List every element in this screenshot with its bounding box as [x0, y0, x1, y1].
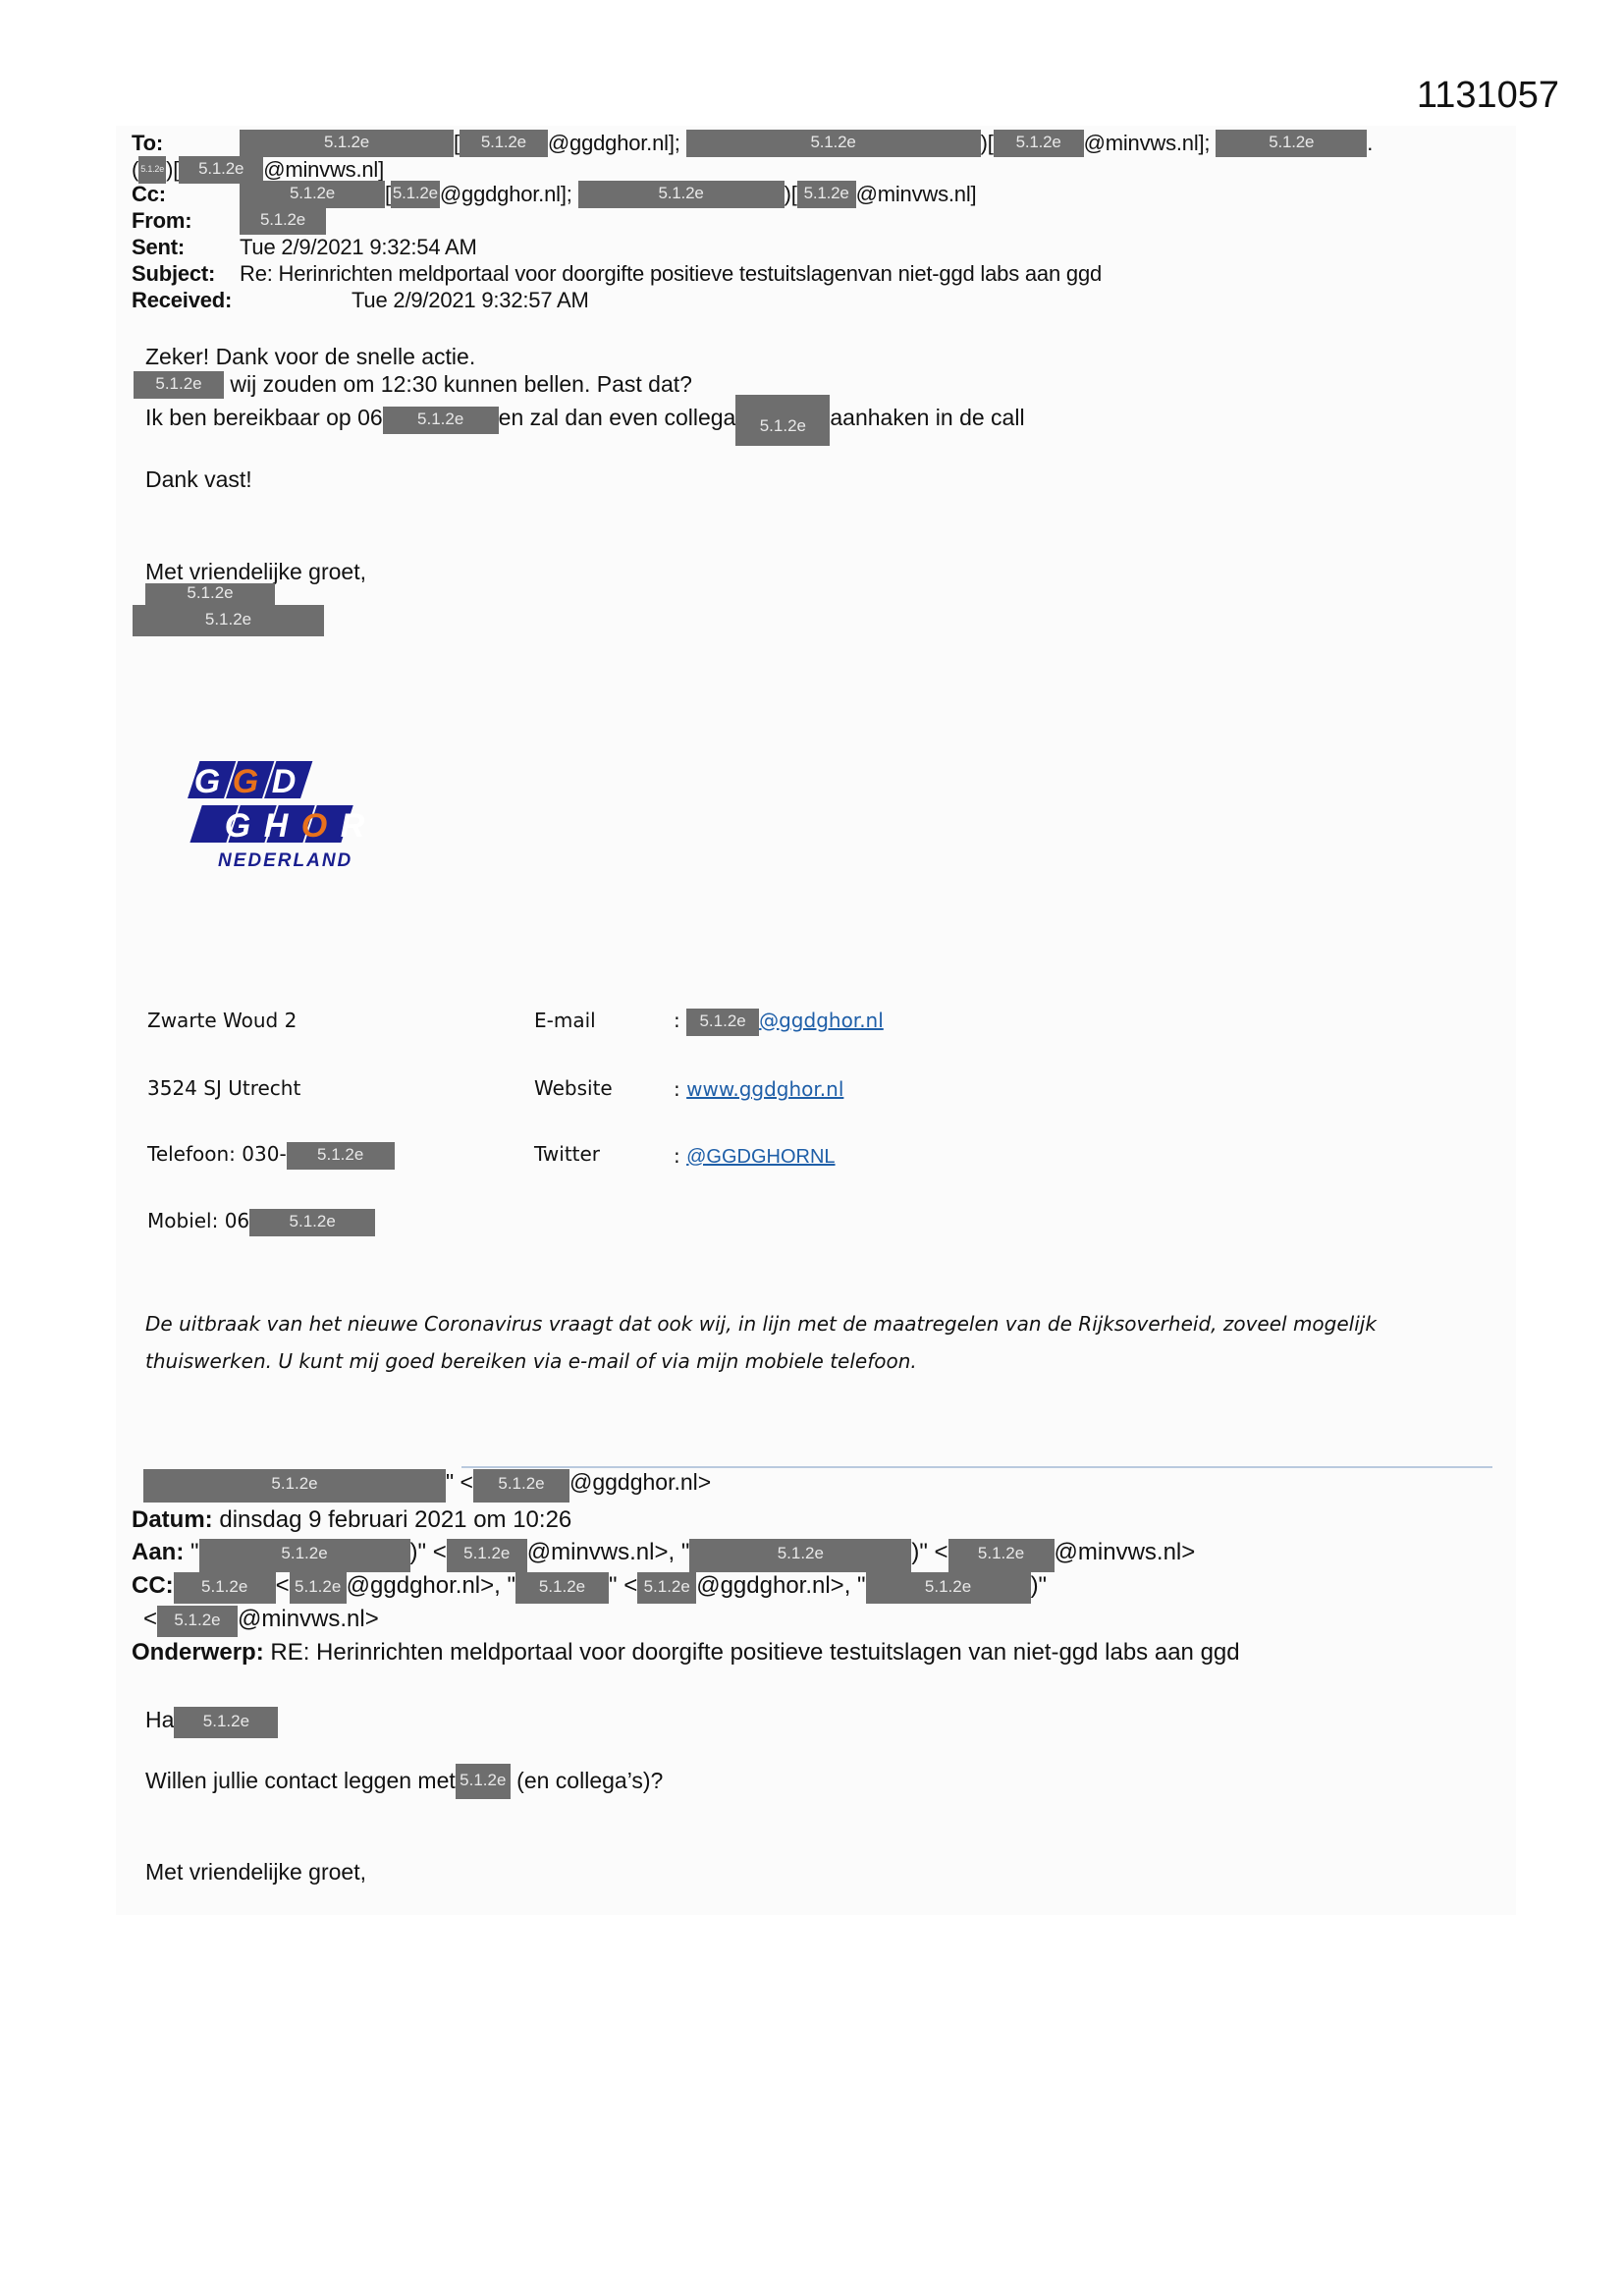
- redaction: 5.1.2e: [460, 130, 548, 157]
- fw-text: Ha: [145, 1707, 174, 1732]
- fw-aan-line: Aan: "5.1.2e)" <5.1.2e@minvws.nl>, "5.1.…: [132, 1539, 1195, 1572]
- svg-text:NEDERLAND: NEDERLAND: [218, 850, 352, 871]
- phone-line: Telefoon: 030-5.1.2e: [147, 1142, 395, 1170]
- address-street: Zwarte Woud 2: [147, 1009, 297, 1032]
- redaction: 5.1.2e: [948, 1539, 1055, 1572]
- svg-text:O: O: [301, 807, 327, 845]
- svg-text:G: G: [225, 807, 250, 845]
- subject-value: Re: Herinrichten meldportaal voor doorgi…: [240, 261, 1102, 286]
- cc-text: @ggdghor.nl];: [440, 182, 572, 206]
- fw-text: @ggdghor.nl>, ": [347, 1572, 515, 1599]
- to-text: @ggdghor.nl];: [548, 131, 680, 155]
- subject-label: Subject:: [132, 260, 240, 287]
- reply-text: aanhaken in de call: [830, 405, 1024, 430]
- redaction: 5.1.2e: [157, 1606, 238, 1637]
- svg-text:D: D: [272, 763, 297, 800]
- colon: :: [674, 1009, 680, 1032]
- website-label: Website: [534, 1076, 613, 1100]
- redaction: 5.1.2e: [735, 395, 830, 446]
- website-link[interactable]: www.ggdghor.nl: [686, 1077, 843, 1101]
- cc-line: Cc:5.1.2e[5.1.2e@ggdghor.nl]; 5.1.2e)[5.…: [132, 181, 976, 208]
- redaction: 5.1.2e: [240, 207, 326, 235]
- to-line: To:5.1.2e[5.1.2e@ggdghor.nl]; 5.1.2e)[5.…: [132, 130, 1373, 157]
- reply-text: wij zouden om 12:30 kunnen bellen. Past …: [230, 371, 692, 397]
- colon: :: [674, 1077, 680, 1101]
- email-link[interactable]: @ggdghor.nl: [759, 1009, 884, 1032]
- separator-line: [461, 1466, 1492, 1468]
- sender-name-redacted: 5.1.2e: [145, 583, 275, 605]
- fw-text: ": [190, 1539, 199, 1565]
- reply-text: en zal dan even collega: [499, 405, 736, 430]
- fw-text: )" <: [911, 1539, 947, 1565]
- fw-subject-line: Onderwerp: RE: Herinrichten meldportaal …: [132, 1639, 1240, 1667]
- reply-text: Ik ben bereikbaar op 06: [145, 405, 383, 430]
- datum-value: dinsdag 9 februari 2021 om 10:26: [219, 1506, 571, 1533]
- ggd-ghor-logo-graphic: G G D G H O R NEDERLAND: [167, 756, 383, 884]
- fw-text: @minvws.nl>: [238, 1606, 379, 1632]
- redaction: 5.1.2e: [249, 1209, 375, 1236]
- fw-greeting: Ha5.1.2e: [145, 1707, 278, 1738]
- redaction: 5.1.2e: [797, 181, 856, 208]
- reply-line-2: 5.1.2e wij zouden om 12:30 kunnen bellen…: [134, 371, 692, 399]
- fw-text: @minvws.nl>: [1055, 1539, 1196, 1565]
- colon: :: [674, 1144, 680, 1168]
- svg-text:G: G: [233, 763, 258, 800]
- website-value: : www.ggdghor.nl: [674, 1077, 843, 1101]
- sent-line: Sent:Tue 2/9/2021 9:32:54 AM: [132, 234, 477, 260]
- received-value: Tue 2/9/2021 9:32:57 AM: [352, 288, 589, 312]
- redaction: 5.1.2e: [391, 181, 440, 208]
- fw-closing: Met vriendelijke groet,: [145, 1859, 366, 1886]
- to-text: (: [132, 157, 138, 182]
- redaction: 5.1.2e: [143, 1469, 446, 1503]
- sent-label: Sent:: [132, 234, 240, 260]
- email-value: : 5.1.2e@ggdghor.nl: [674, 1009, 884, 1036]
- redaction: 5.1.2e: [994, 130, 1084, 157]
- svg-text:H: H: [264, 807, 290, 845]
- fw-cc-line-cont: <5.1.2e@minvws.nl>: [143, 1606, 379, 1637]
- address-city: 3524 SJ Utrecht: [147, 1076, 300, 1100]
- redaction: 5.1.2e: [447, 1539, 527, 1572]
- reply-line-3: Ik ben bereikbaar op 065.1.2een zal dan …: [145, 405, 1025, 446]
- notice-line-1: De uitbraak van het nieuwe Coronavirus v…: [145, 1312, 1377, 1336]
- to-text: @minvws.nl];: [1084, 131, 1211, 155]
- datum-label: Datum:: [132, 1506, 213, 1533]
- redaction: 5.1.2e: [174, 1572, 276, 1604]
- redaction: 5.1.2e: [686, 1009, 759, 1036]
- redaction: 5.1.2e: [578, 181, 785, 208]
- redaction: 5.1.2e: [515, 1572, 609, 1604]
- fw-cc-line: CC:5.1.2e<5.1.2e@ggdghor.nl>, "5.1.2e" <…: [132, 1572, 1047, 1604]
- reply-line-1: Zeker! Dank voor de snelle actie.: [145, 344, 475, 370]
- redaction: 5.1.2e: [133, 605, 324, 636]
- fw-datum-line: Datum: dinsdag 9 februari 2021 om 10:26: [132, 1506, 571, 1534]
- from-label: From:: [132, 207, 240, 234]
- twitter-label: Twitter: [534, 1142, 600, 1166]
- redaction: 5.1.2e: [290, 1572, 347, 1604]
- fw-from-line: 5.1.2e" <5.1.2e@ggdghor.nl>: [143, 1469, 711, 1503]
- redaction: 5.1.2e: [287, 1142, 395, 1170]
- redaction: 5.1.2e: [456, 1764, 511, 1799]
- svg-text:R: R: [341, 807, 365, 845]
- cc-label: Cc:: [132, 181, 240, 207]
- to-text: @minvws.nl]: [263, 157, 384, 182]
- fw-text: " <: [609, 1572, 637, 1599]
- cc-text: @minvws.nl]: [856, 182, 977, 206]
- fw-text: )": [1031, 1572, 1048, 1599]
- mobile-label: Mobiel: 06: [147, 1209, 249, 1232]
- onderwerp-value: RE: Herinrichten meldportaal voor doorgi…: [270, 1639, 1239, 1666]
- fw-text: @ggdghor.nl>, ": [696, 1572, 865, 1599]
- redaction: 5.1.2e: [866, 1572, 1031, 1604]
- document-number: 1131057: [1417, 75, 1559, 117]
- fw-text: <: [276, 1572, 290, 1599]
- notice-line-2: thuiswerken. U kunt mij goed bereiken vi…: [145, 1349, 917, 1373]
- redaction: 5.1.2e: [637, 1572, 696, 1604]
- fw-text: )" <: [410, 1539, 447, 1565]
- redaction: 5.1.2e: [686, 130, 981, 157]
- fw-text: @ggdghor.nl>: [569, 1469, 711, 1495]
- reply-closing: Met vriendelijke groet,: [145, 559, 366, 585]
- redaction: 5.1.2e: [473, 1469, 569, 1503]
- sent-value: Tue 2/9/2021 9:32:54 AM: [240, 235, 477, 259]
- redaction: 5.1.2e: [383, 407, 499, 434]
- subject-line: Subject:Re: Herinrichten meldportaal voo…: [132, 260, 1102, 287]
- svg-text:G: G: [194, 763, 220, 800]
- received-label: Received:: [132, 287, 352, 313]
- fw-text: <: [143, 1606, 157, 1632]
- fw-text: " <: [446, 1469, 473, 1495]
- fw-text: Willen jullie contact leggen met: [145, 1768, 456, 1793]
- twitter-link[interactable]: @GGDGHORNL: [686, 1146, 835, 1168]
- redaction: 5.1.2e: [145, 583, 275, 605]
- phone-label: Telefoon: 030-: [147, 1142, 287, 1166]
- fw-text: @minvws.nl>, ": [527, 1539, 690, 1565]
- reply-thanks: Dank vast!: [145, 466, 252, 493]
- redaction: 5.1.2e: [240, 181, 385, 208]
- redaction: 5.1.2e: [174, 1707, 278, 1738]
- redaction: 5.1.2e: [179, 156, 263, 184]
- redaction: 5.1.2e: [199, 1539, 410, 1572]
- email-label: E-mail: [534, 1009, 596, 1032]
- redaction: 5.1.2e: [689, 1539, 911, 1572]
- to-line-cont: (5.1.2e)[5.1.2e@minvws.nl]: [132, 156, 384, 184]
- to-text: .: [1367, 131, 1373, 155]
- to-text: )[: [981, 131, 994, 155]
- fw-question: Willen jullie contact leggen met5.1.2e (…: [145, 1768, 663, 1799]
- redaction: 5.1.2e: [1216, 130, 1367, 157]
- aan-label: Aan:: [132, 1539, 184, 1565]
- to-text: )[: [166, 157, 179, 182]
- sender-title-redacted: 5.1.2e: [133, 605, 324, 636]
- redaction: 5.1.2e: [138, 156, 166, 184]
- fw-text: (en collega’s)?: [516, 1768, 663, 1793]
- redaction: 5.1.2e: [240, 130, 454, 157]
- mobile-line: Mobiel: 065.1.2e: [147, 1209, 375, 1236]
- cc-text: )[: [785, 182, 797, 206]
- onderwerp-label: Onderwerp:: [132, 1639, 264, 1666]
- twitter-value: : @GGDGHORNL: [674, 1144, 836, 1169]
- cc-label: CC:: [132, 1572, 174, 1599]
- to-label: To:: [132, 130, 240, 156]
- ggd-ghor-logo: G G D G H O R NEDERLAND: [167, 756, 383, 884]
- received-line: Received:Tue 2/9/2021 9:32:57 AM: [132, 287, 589, 313]
- from-line: From:5.1.2e: [132, 207, 326, 235]
- redaction: 5.1.2e: [134, 371, 224, 399]
